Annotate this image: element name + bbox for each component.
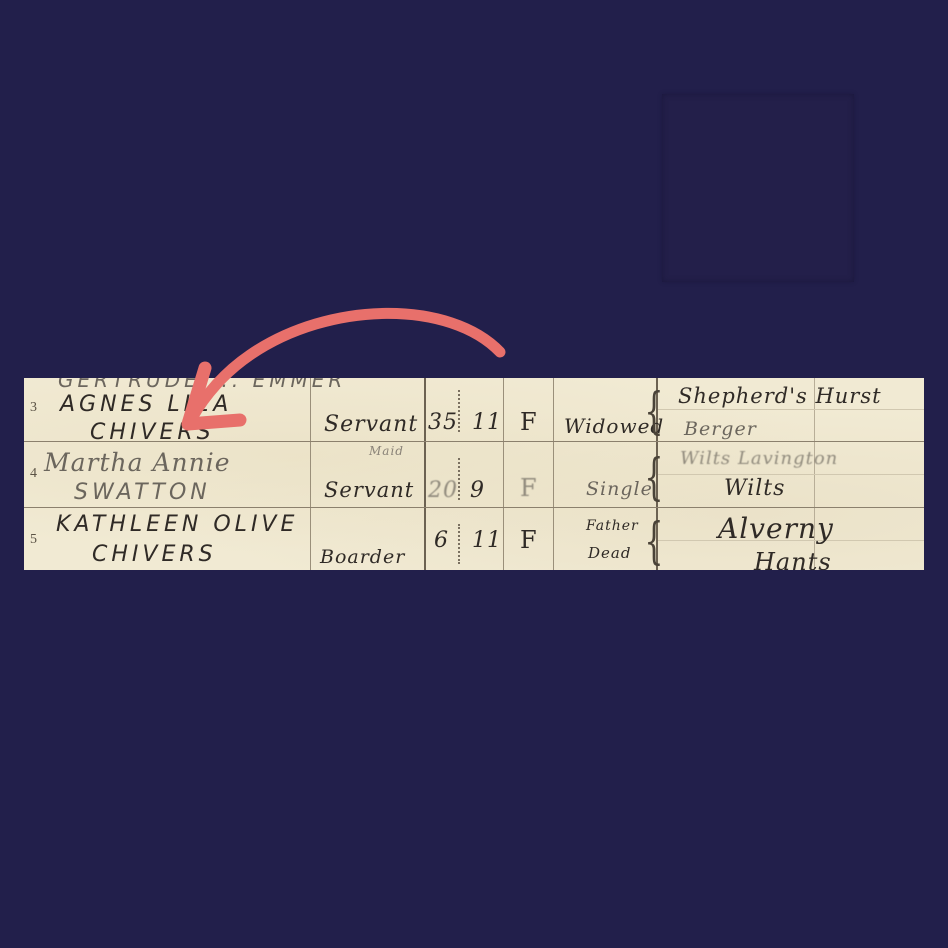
forename: Martha Annie xyxy=(44,448,231,477)
relationship-note: Maid xyxy=(369,444,404,458)
sub-row-divider xyxy=(658,474,924,475)
birthplace-line1: Alverny xyxy=(718,512,834,545)
relationship: Boarder xyxy=(320,546,405,568)
age-dotted-divider xyxy=(458,390,460,432)
name-overflow-text: GERTRUDE ... EMMER xyxy=(58,378,346,392)
brace-mark: { xyxy=(644,452,663,502)
age-dotted-divider xyxy=(458,524,460,564)
relationship: Servant xyxy=(324,412,418,437)
brace-mark: { xyxy=(644,516,663,566)
row-number: 4 xyxy=(30,466,37,482)
column-divider-sex xyxy=(553,378,554,570)
relationship: Servant xyxy=(324,478,414,502)
row-divider xyxy=(24,507,924,508)
birthplace-line1: Wilts Lavington xyxy=(680,448,838,469)
age-months: 11 xyxy=(472,528,502,553)
birthplace-line2: Wilts xyxy=(724,476,785,501)
marital-status: Single xyxy=(586,478,653,500)
surname: SWATTON xyxy=(74,480,211,505)
census-record-strip: GERTRUDE ... EMMER 3 AGNES LIZA CHIVERS … xyxy=(24,378,924,570)
blank-frame-placeholder xyxy=(662,94,854,282)
birthplace-line2: Berger xyxy=(684,418,757,440)
sex: F xyxy=(520,526,538,554)
brace-mark: { xyxy=(644,386,663,436)
age-months: 9 xyxy=(470,478,485,503)
column-divider-name xyxy=(310,378,311,570)
age-years: 6 xyxy=(434,528,449,553)
column-divider-relationship xyxy=(424,378,426,570)
row-number: 3 xyxy=(30,400,37,416)
surname: CHIVERS xyxy=(92,542,217,567)
marital-status: Father xyxy=(586,518,639,534)
surname: CHIVERS xyxy=(90,420,215,445)
birthplace-line1: Shepherd's Hurst xyxy=(678,384,882,408)
age-years: 35 xyxy=(428,410,458,435)
column-divider-age xyxy=(503,378,504,570)
age-dotted-divider xyxy=(458,458,460,500)
age-months: 11 xyxy=(472,410,502,435)
forename: KATHLEEN OLIVE xyxy=(56,512,298,537)
marital-status-line2: Dead xyxy=(588,544,631,562)
sex: F xyxy=(520,474,538,502)
age-years: 20 xyxy=(428,478,458,503)
forename: AGNES LIZA xyxy=(60,392,232,417)
row-number: 5 xyxy=(30,532,37,548)
birthplace-line2: Hants xyxy=(754,548,832,570)
sex: F xyxy=(520,408,538,436)
sub-row-divider xyxy=(658,409,924,410)
